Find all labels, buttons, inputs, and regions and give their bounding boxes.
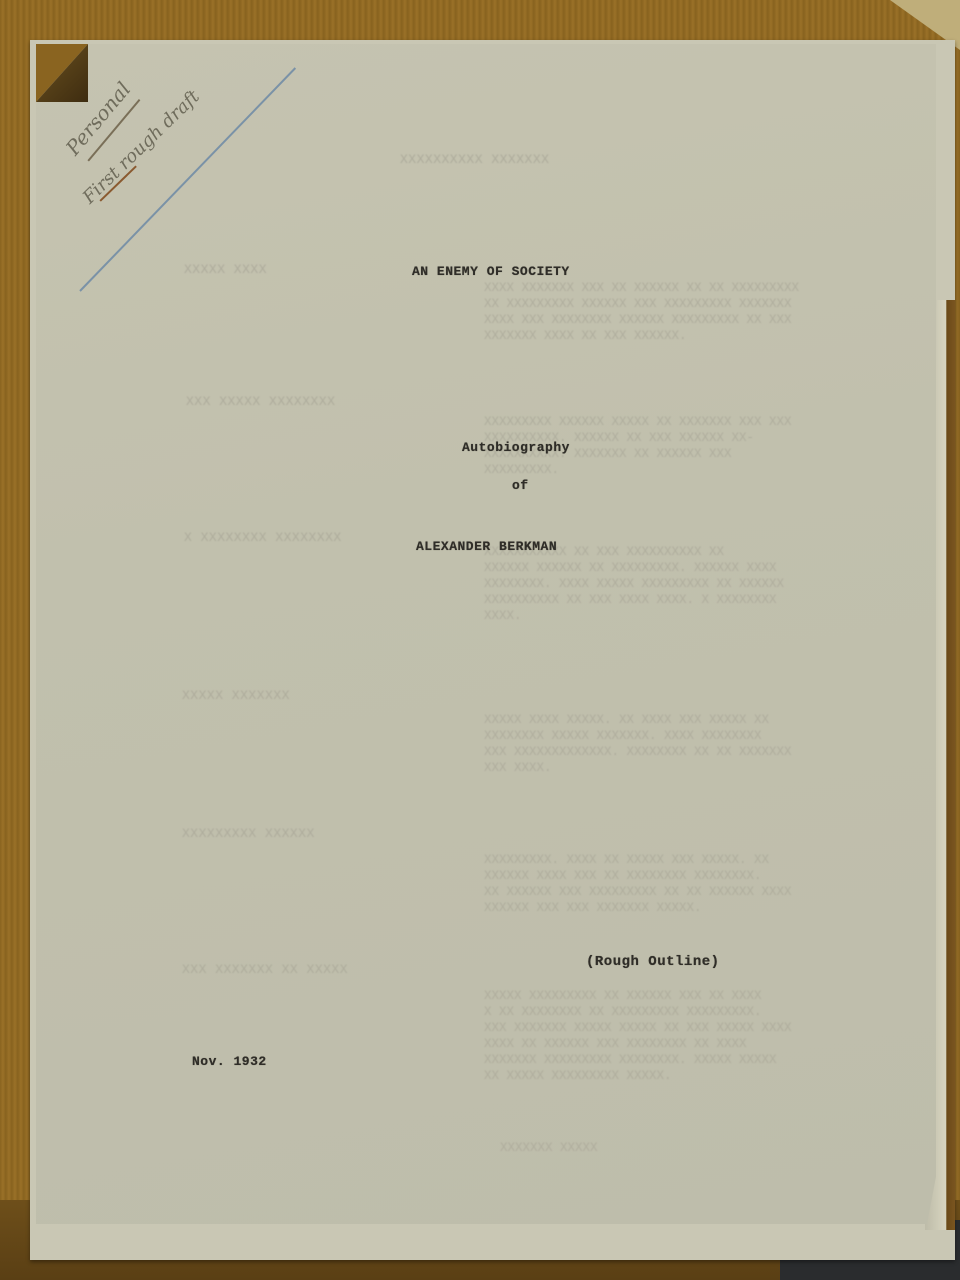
- document-subtitle: Autobiography: [462, 440, 570, 455]
- document-author: ALEXANDER BERKMAN: [416, 539, 557, 554]
- show-through-paragraph: XXXXXXXXXXX XX XXX XXXXXXXXXX XX XXXXXX …: [484, 544, 784, 624]
- show-through-paragraph: XXXXXXXXX. XXXX XX XXXXX XXX XXXXX. XX X…: [484, 852, 792, 916]
- show-through-heading: XXXXX XXXXXXX: [182, 688, 290, 703]
- document-note: (Rough Outline): [586, 954, 720, 970]
- document-title: AN ENEMY OF SOCIETY: [412, 264, 570, 279]
- show-through-heading: XXXXX XXXX: [184, 262, 267, 277]
- show-through-paragraph: XXXXXXX XXXXX: [500, 1140, 598, 1156]
- show-through-paragraph: XXXXX XXXXXXXXX XX XXXXXX XXX XX XXXX X …: [484, 988, 792, 1084]
- show-through-heading: XXX XXXXXXX XX XXXXX: [182, 962, 348, 977]
- show-through-heading: XXXXXXXXX XXXXXX: [182, 826, 315, 841]
- show-through-heading: XXX XXXXX XXXXXXXX: [186, 394, 335, 409]
- show-through-paragraph: XXXXX XXXX XXXXX. XX XXXX XXX XXXXX XX X…: [484, 712, 792, 776]
- document-connector: of: [512, 478, 529, 493]
- document-date: Nov. 1932: [192, 1054, 267, 1069]
- show-through-heading: X XXXXXXXX XXXXXXXX: [184, 530, 342, 545]
- show-through-header: XXXXXXXXXX XXXXXXX: [400, 152, 549, 167]
- show-through-paragraph: XXXX XXXXXXX XXX XX XXXXXX XX XX XXXXXXX…: [484, 280, 799, 344]
